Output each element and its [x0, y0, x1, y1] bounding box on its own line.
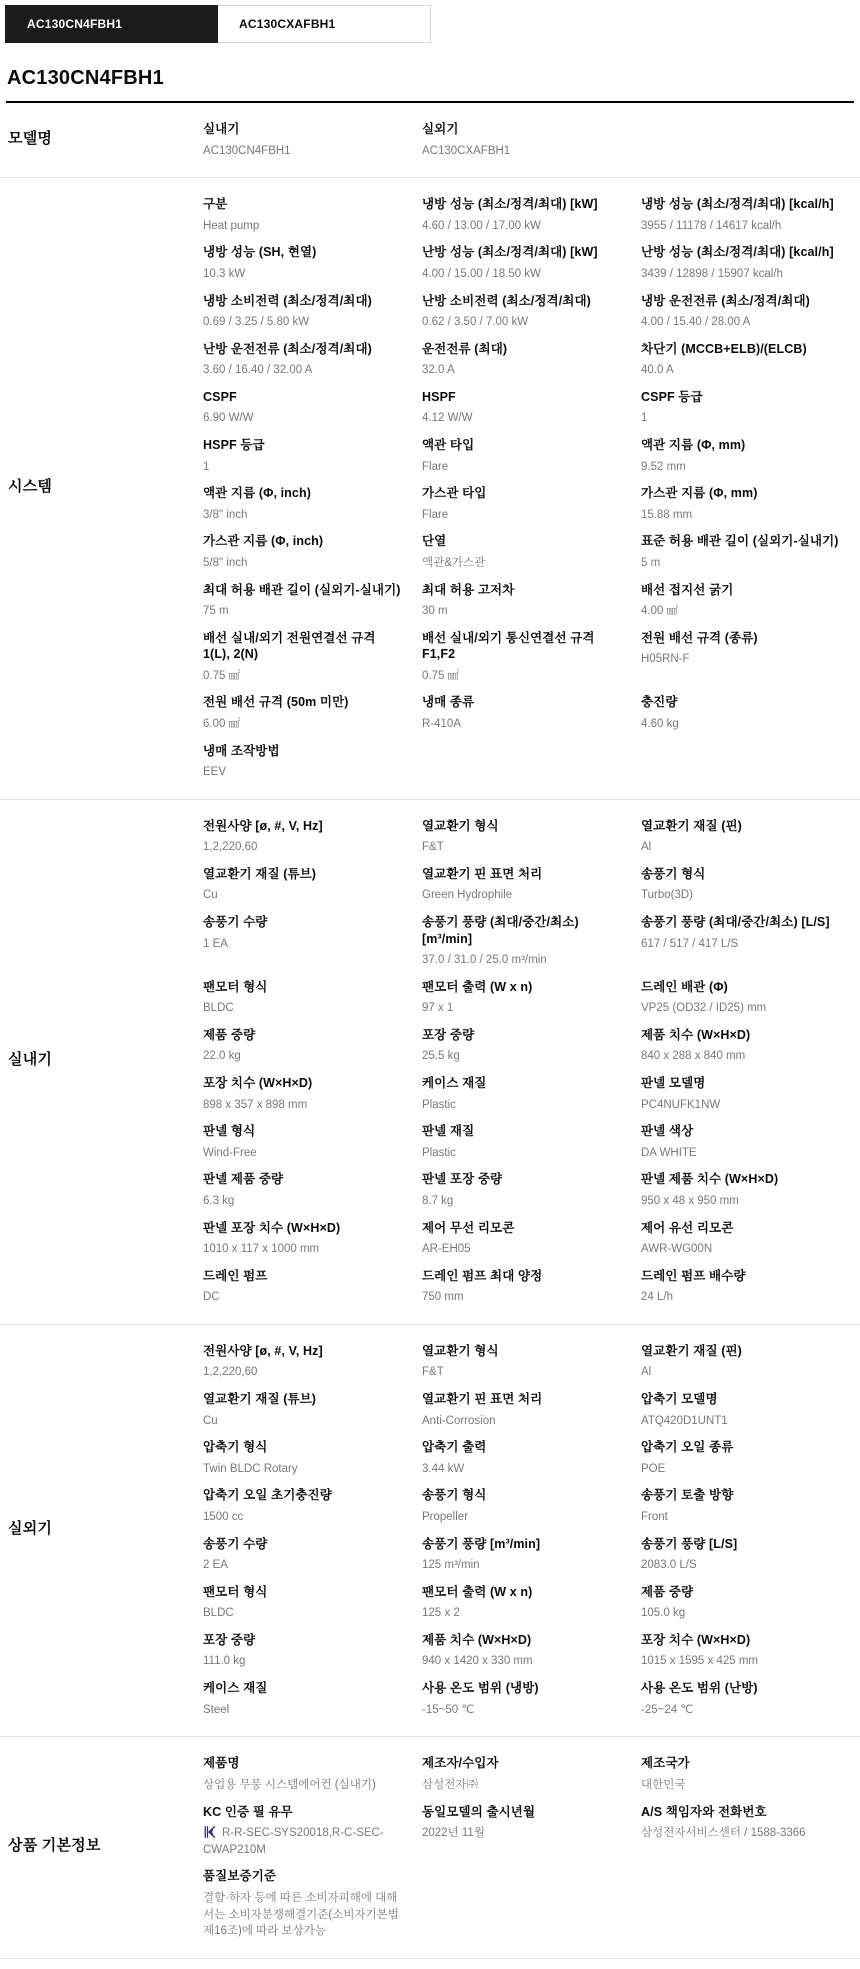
spec-label: 팬모터 출력 (W x n): [422, 1584, 623, 1601]
spec-value: 결함·하자 등에 따른 소비자피해에 대해서는 소비자분쟁해결기준(소비자기본법…: [203, 1890, 404, 1940]
spec-label: 열교환기 형식: [422, 818, 623, 835]
spec-value-text: Al: [641, 1366, 651, 1378]
spec-value-text: Heat pump: [203, 220, 259, 232]
spec-cell: 판넬 포장 치수 (W×H×D)1010 x 117 x 1000 mm: [203, 1212, 422, 1260]
spec-cell: 송풍기 형식Propeller: [422, 1479, 641, 1527]
spec-value: VP25 (OD32 / ID25) mm: [641, 1000, 842, 1017]
spec-cell: 가스관 지름 (Φ, mm)15.88 mm: [641, 477, 860, 525]
spec-label: 판넬 제품 치수 (W×H×D): [641, 1171, 842, 1188]
spec-cell: 제품명상업용 무풍 시스템에어컨 (실내기): [203, 1747, 422, 1795]
spec-label: 배선 실내/외기 전원연결선 규격 1(L), 2(N): [203, 630, 404, 663]
spec-cell: 전원 배선 규격 (종류)H05RN-F: [641, 622, 860, 687]
spec-value-text: DA WHITE: [641, 1147, 697, 1159]
spec-value-text: 대한민국: [641, 1779, 685, 1791]
spec-cell: 차단기 (MCCB+ELB)/(ELCB)40.0 A: [641, 333, 860, 381]
spec-value-text: 1500 cc: [203, 1511, 243, 1523]
spec-value: 15.88 mm: [641, 507, 842, 524]
spec-label: 송풍기 수량: [203, 914, 404, 931]
spec-value-text: 4.12 W/W: [422, 412, 472, 424]
spec-value: Turbo(3D): [641, 887, 842, 904]
spec-value-text: Twin BLDC Rotary: [203, 1463, 298, 1475]
spec-value-text: 2 EA: [203, 1559, 228, 1571]
spec-label: 배선 실내/외기 통신연결선 규격 F1,F2: [422, 630, 623, 663]
spec-label: 팬모터 형식: [203, 979, 404, 996]
spec-value-text: ATQ420D1UNT1: [641, 1415, 728, 1427]
spec-value-text: 898 x 357 x 898 mm: [203, 1099, 307, 1111]
spec-value: 1500 cc: [203, 1509, 404, 1526]
spec-value-text: Flare: [422, 509, 448, 521]
section-title-system: 시스템: [0, 188, 203, 783]
spec-value: 1010 x 117 x 1000 mm: [203, 1241, 404, 1258]
spec-label: 제품 중량: [641, 1584, 842, 1601]
spec-label: 압축기 형식: [203, 1439, 404, 1456]
spec-cell: 제품 치수 (W×H×D)940 x 1420 x 330 mm: [422, 1624, 641, 1672]
spec-value-text: 8.7 kg: [422, 1195, 453, 1207]
spec-value: 24 L/h: [641, 1289, 842, 1306]
spec-cell: 액관 타입Flare: [422, 429, 641, 477]
spec-value: 0.75 ㎟: [422, 668, 623, 685]
spec-value: Wind-Free: [203, 1145, 404, 1162]
spec-value-text: 1010 x 117 x 1000 mm: [203, 1243, 319, 1255]
spec-value-text: F&T: [422, 841, 444, 853]
spec-value: 4.12 W/W: [422, 410, 623, 427]
spec-label: 난방 성능 (최소/정격/최대) [kW]: [422, 244, 623, 261]
spec-label: 냉방 성능 (최소/정격/최대) [kcal/h]: [641, 196, 842, 213]
spec-label: 송풍기 풍량 (최대/중간/최소) [m³/min]: [422, 914, 623, 947]
spec-value: 125 x 2: [422, 1605, 623, 1622]
spec-value-text: F&T: [422, 1366, 444, 1378]
spec-cell: 표준 허용 배관 길이 (실외기-실내기)5 m: [641, 525, 860, 573]
spec-label: 가스관 타입: [422, 485, 623, 502]
spec-value: AC130CN4FBH1: [203, 143, 404, 160]
spec-label: 열교환기 재질 (핀): [641, 1343, 842, 1360]
spec-cell: 냉방 운전전류 (최소/정격/최대)4.00 / 15.40 / 28.00 A: [641, 285, 860, 333]
spec-value-text: H05RN-F: [641, 653, 690, 665]
spec-value: 25.5 kg: [422, 1048, 623, 1065]
spec-label: 열교환기 재질 (튜브): [203, 1391, 404, 1408]
spec-value: BLDC: [203, 1605, 404, 1622]
spec-value: 5/8" inch: [203, 555, 404, 572]
spec-value-text: 950 x 48 x 950 mm: [641, 1195, 739, 1207]
spec-value: 32.0 A: [422, 362, 623, 379]
spec-value: 삼성전자㈜: [422, 1777, 623, 1794]
spec-value: 삼성전자서비스센터 / 1588-3366: [641, 1825, 842, 1842]
section-system: 시스템구분Heat pump냉방 성능 (최소/정격/최대) [kW]4.60 …: [0, 178, 860, 800]
spec-value-text: 0.69 / 3.25 / 5.80 kW: [203, 316, 309, 328]
spec-value: 6.3 kg: [203, 1193, 404, 1210]
spec-value-text: -15~50 ℃: [422, 1704, 474, 1716]
spec-cell: 동일모델의 출시년월2022년 11월: [422, 1796, 641, 1861]
spec-cell: 판넬 제품 치수 (W×H×D)950 x 48 x 950 mm: [641, 1163, 860, 1211]
spec-value: DC: [203, 1289, 404, 1306]
spec-label: 판넬 재질: [422, 1123, 623, 1140]
spec-label: 최대 허용 배관 길이 (실외기-실내기): [203, 582, 404, 599]
spec-value: Flare: [422, 459, 623, 476]
spec-value-text: 940 x 1420 x 330 mm: [422, 1655, 533, 1667]
spec-cell: 냉방 소비전력 (최소/정격/최대)0.69 / 3.25 / 5.80 kW: [203, 285, 422, 333]
spec-cell: 액관 지름 (Φ, inch)3/8" inch: [203, 477, 422, 525]
spec-value: 617 / 517 / 417 L/S: [641, 936, 842, 953]
spec-value-text: 3.60 / 16.40 / 32.00 A: [203, 364, 312, 376]
spec-value-text: Propeller: [422, 1511, 468, 1523]
spec-value: AWR-WG00N: [641, 1241, 842, 1258]
spec-value-text: 삼성전자㈜: [422, 1779, 478, 1791]
spec-value-text: 1 EA: [203, 938, 228, 950]
spec-cell: 드레인 펌프 배수량24 L/h: [641, 1260, 860, 1308]
spec-cell: 제어 유선 리모콘AWR-WG00N: [641, 1212, 860, 1260]
spec-value-text: 125 m³/min: [422, 1559, 480, 1571]
spec-label: 전원사양 [ø, #, V, Hz]: [203, 818, 404, 835]
spec-value: Green Hydrophile: [422, 887, 623, 904]
spec-value: BLDC: [203, 1000, 404, 1017]
spec-cell: 열교환기 재질 (튜브)Cu: [203, 1383, 422, 1431]
spec-value-text: AR-EH05: [422, 1243, 471, 1255]
spec-value: -25~24 ℃: [641, 1702, 842, 1719]
spec-value-text: 750 mm: [422, 1291, 464, 1303]
spec-value: 상업용 무풍 시스템에어컨 (실내기): [203, 1777, 404, 1794]
spec-cell: 송풍기 수량1 EA: [203, 906, 422, 971]
spec-cell: 포장 중량25.5 kg: [422, 1019, 641, 1067]
spec-cell: 케이스 재질Steel: [203, 1672, 422, 1720]
spec-label: 가스관 지름 (Φ, inch): [203, 533, 404, 550]
section-title-outdoor-unit: 실외기: [0, 1335, 203, 1720]
spec-cell: 전원 배선 규격 (50m 미만)6.00 ㎟: [203, 686, 422, 734]
spec-label: 실외기: [422, 121, 623, 138]
spec-value: PC4NUFK1NW: [641, 1097, 842, 1114]
spec-value: 125 m³/min: [422, 1557, 623, 1574]
spec-cell: HSPF4.12 W/W: [422, 381, 641, 429]
spec-value-text: 0.75 ㎟: [203, 670, 240, 682]
spec-label: 포장 중량: [422, 1027, 623, 1044]
spec-label: 제품 치수 (W×H×D): [422, 1632, 623, 1649]
spec-value: Plastic: [422, 1145, 623, 1162]
spec-cell: 사용 온도 범위 (냉방)-15~50 ℃: [422, 1672, 641, 1720]
spec-label: 냉방 성능 (최소/정격/최대) [kW]: [422, 196, 623, 213]
spec-label: 실내기: [203, 121, 404, 138]
spec-label: 팬모터 형식: [203, 1584, 404, 1601]
spec-cell: 냉매 조작방법EEV: [203, 735, 422, 783]
spec-value: 3.60 / 16.40 / 32.00 A: [203, 362, 404, 379]
spec-value: 22.0 kg: [203, 1048, 404, 1065]
spec-value: 1: [641, 410, 842, 427]
spec-label: 드레인 펌프 최대 양정: [422, 1268, 623, 1285]
spec-value-text: Cu: [203, 889, 218, 901]
spec-cell: 판넬 형식Wind-Free: [203, 1115, 422, 1163]
spec-value-text: 4.60 kg: [641, 718, 679, 730]
spec-cell: 냉방 성능 (SH, 현열)10.3 kW: [203, 236, 422, 284]
spec-label: 포장 치수 (W×H×D): [203, 1075, 404, 1092]
spec-cell: 송풍기 풍량 [m³/min]125 m³/min: [422, 1528, 641, 1576]
spec-value-text: 32.0 A: [422, 364, 455, 376]
spec-value: H05RN-F: [641, 651, 842, 668]
spec-value: 105.0 kg: [641, 1605, 842, 1622]
spec-value-text: Turbo(3D): [641, 889, 693, 901]
spec-cell: 운전전류 (최대)32.0 A: [422, 333, 641, 381]
spec-value: 3/8" inch: [203, 507, 404, 524]
spec-value-text: Cu: [203, 1415, 218, 1427]
spec-value-text: Plastic: [422, 1147, 456, 1159]
spec-cell: 포장 치수 (W×H×D)1015 x 1595 x 425 mm: [641, 1624, 860, 1672]
spec-value: 97 x 1: [422, 1000, 623, 1017]
spec-label: 판넬 제품 중량: [203, 1171, 404, 1188]
spec-value-text: 24 L/h: [641, 1291, 673, 1303]
spec-value-text: 111.0 kg: [203, 1655, 245, 1667]
spec-label: 동일모델의 출시년월: [422, 1804, 623, 1821]
spec-label: 압축기 오일 종류: [641, 1439, 842, 1456]
spec-value-text: 액관&가스관: [422, 557, 485, 569]
spec-cell: 난방 성능 (최소/정격/최대) [kcal/h]3439 / 12898 / …: [641, 236, 860, 284]
spec-value: 3955 / 11178 / 14617 kcal/h: [641, 218, 842, 235]
spec-value-text: R-R-SEC-SYS20018,R-C-SEC-CWAP210M: [203, 1827, 384, 1856]
spec-cell: 열교환기 핀 표면 처리Green Hydrophile: [422, 858, 641, 906]
spec-label: 냉방 소비전력 (최소/정격/최대): [203, 293, 404, 310]
spec-cell: 전원사양 [ø, #, V, Hz]1,2,220,60: [203, 810, 422, 858]
spec-cell: 제품 중량105.0 kg: [641, 1576, 860, 1624]
spec-cell: 케이스 재질Plastic: [422, 1067, 641, 1115]
spec-value: 0.69 / 3.25 / 5.80 kW: [203, 314, 404, 331]
spec-cell: 단열액관&가스관: [422, 525, 641, 573]
spec-label: 제조자/수입자: [422, 1755, 623, 1772]
spec-cell: 전원사양 [ø, #, V, Hz]1,2,220,60: [203, 1335, 422, 1383]
spec-label: 팬모터 출력 (W x n): [422, 979, 623, 996]
spec-label: 판넬 모델명: [641, 1075, 842, 1092]
page-title: AC130CN4FBH1: [0, 43, 860, 101]
spec-value: Heat pump: [203, 218, 404, 235]
spec-value-text: 617 / 517 / 417 L/S: [641, 938, 738, 950]
spec-value: Al: [641, 1364, 842, 1381]
spec-label: 송풍기 토출 방향: [641, 1487, 842, 1504]
spec-cell: 제어 무선 리모콘AR-EH05: [422, 1212, 641, 1260]
spec-cell: 액관 지름 (Φ, mm)9.52 mm: [641, 429, 860, 477]
spec-value: 액관&가스관: [422, 555, 623, 572]
spec-value: 4.00 ㎟: [641, 603, 842, 620]
spec-label: 송풍기 풍량 (최대/중간/최소) [L/S]: [641, 914, 842, 931]
spec-value-text: 2022년 11월: [422, 1827, 485, 1839]
spec-cell: 난방 운전전류 (최소/정격/최대)3.60 / 16.40 / 32.00 A: [203, 333, 422, 381]
spec-value-text: 1,2,220,60: [203, 1366, 257, 1378]
section-outdoor-unit: 실외기전원사양 [ø, #, V, Hz]1,2,220,60열교환기 형식F&…: [0, 1325, 860, 1737]
spec-label: 제조국가: [641, 1755, 842, 1772]
spec-label: 구분: [203, 196, 404, 213]
section-grid-product-basic-info: 제품명상업용 무풍 시스템에어컨 (실내기)제조자/수입자삼성전자㈜제조국가대한…: [203, 1747, 860, 1942]
spec-label: 난방 운전전류 (최소/정격/최대): [203, 341, 404, 358]
spec-value-text: 4.00 ㎟: [641, 605, 678, 617]
spec-label: 판넬 포장 치수 (W×H×D): [203, 1220, 404, 1237]
spec-cell: 드레인 펌프DC: [203, 1260, 422, 1308]
spec-value-text: 2083.0 L/S: [641, 1559, 697, 1571]
spec-cell: 판넬 제품 중량6.3 kg: [203, 1163, 422, 1211]
spec-label: 케이스 재질: [422, 1075, 623, 1092]
spec-cell: 판넬 색상DA WHITE: [641, 1115, 860, 1163]
spec-label: CSPF 등급: [641, 389, 842, 406]
spec-value: Cu: [203, 1413, 404, 1430]
spec-value-text: DC: [203, 1291, 220, 1303]
spec-cell: 최대 허용 고저차30 m: [422, 574, 641, 622]
spec-cell: 가스관 타입Flare: [422, 477, 641, 525]
spec-value-text: 40.0 A: [641, 364, 674, 376]
spec-value-text: 75 m: [203, 605, 229, 617]
section-title-product-basic-info: 상품 기본정보: [0, 1747, 203, 1942]
spec-label: 난방 소비전력 (최소/정격/최대): [422, 293, 623, 310]
spec-cell: 난방 소비전력 (최소/정격/최대)0.62 / 3.50 / 7.00 kW: [422, 285, 641, 333]
spec-cell: 포장 중량111.0 kg: [203, 1624, 422, 1672]
spec-label: 차단기 (MCCB+ELB)/(ELCB): [641, 341, 842, 358]
spec-label: 드레인 배관 (Φ): [641, 979, 842, 996]
spec-value: 5 m: [641, 555, 842, 572]
spec-label: CSPF: [203, 389, 404, 406]
spec-value: Front: [641, 1509, 842, 1526]
spec-value: 950 x 48 x 950 mm: [641, 1193, 842, 1210]
spec-cell: 구분Heat pump: [203, 188, 422, 236]
spec-value: 2 EA: [203, 1557, 404, 1574]
spec-value: 840 x 288 x 840 mm: [641, 1048, 842, 1065]
spec-label: 액관 지름 (Φ, inch): [203, 485, 404, 502]
spec-value: 40.0 A: [641, 362, 842, 379]
spec-label: 판넬 색상: [641, 1123, 842, 1140]
spec-cell: 제품 치수 (W×H×D)840 x 288 x 840 mm: [641, 1019, 860, 1067]
spec-value-text: 0.62 / 3.50 / 7.00 kW: [422, 316, 528, 328]
spec-cell: 제조국가대한민국: [641, 1747, 860, 1795]
spec-label: 판넬 형식: [203, 1123, 404, 1140]
tab-model-2[interactable]: AC130CXAFBH1: [218, 5, 431, 43]
spec-cell: HSPF 등급1: [203, 429, 422, 477]
spec-label: 가스관 지름 (Φ, mm): [641, 485, 842, 502]
spec-value-text: 105.0 kg: [641, 1607, 685, 1619]
spec-label: 압축기 모델명: [641, 1391, 842, 1408]
spec-label: 표준 허용 배관 길이 (실외기-실내기): [641, 533, 842, 550]
spec-value-text: Anti-Corrosion: [422, 1415, 496, 1427]
spec-value-text: 4.00 / 15.40 / 28.00 A: [641, 316, 750, 328]
spec-cell: 열교환기 형식F&T: [422, 1335, 641, 1383]
spec-cell: 압축기 모델명ATQ420D1UNT1: [641, 1383, 860, 1431]
spec-cell: 팬모터 형식BLDC: [203, 971, 422, 1019]
spec-value: 1: [203, 459, 404, 476]
spec-value-text: Green Hydrophile: [422, 889, 512, 901]
spec-cell: 송풍기 수량2 EA: [203, 1528, 422, 1576]
spec-value-text: BLDC: [203, 1607, 234, 1619]
spec-cell: 드레인 배관 (Φ)VP25 (OD32 / ID25) mm: [641, 971, 860, 1019]
spec-value-text: 1015 x 1595 x 425 mm: [641, 1655, 758, 1667]
spec-value-text: 상업용 무풍 시스템에어컨 (실내기): [203, 1779, 376, 1791]
spec-cell: 냉방 성능 (최소/정격/최대) [kcal/h]3955 / 11178 / …: [641, 188, 860, 236]
spec-label: 품질보증기준: [203, 1868, 404, 1885]
spec-label: 최대 허용 고저차: [422, 582, 623, 599]
spec-cell: 드레인 펌프 최대 양정750 mm: [422, 1260, 641, 1308]
spec-value-text: 25.5 kg: [422, 1050, 460, 1062]
spec-value-text: 9.52 mm: [641, 461, 686, 473]
spec-value-text: Plastic: [422, 1099, 456, 1111]
spec-value: F&T: [422, 1364, 623, 1381]
spec-cell: 포장 치수 (W×H×D)898 x 357 x 898 mm: [203, 1067, 422, 1115]
spec-label: A/S 책임자와 전화번호: [641, 1804, 842, 1821]
spec-table: 모델명실내기AC130CN4FBH1실외기AC130CXAFBH1시스템구분He…: [0, 103, 860, 1969]
spec-value-text: 4.00 / 15.00 / 18.50 kW: [422, 268, 541, 280]
spec-label: KC 인증 필 유무: [203, 1804, 404, 1821]
spec-value: 1 EA: [203, 936, 404, 953]
spec-label: 송풍기 수량: [203, 1536, 404, 1553]
spec-value: 8.7 kg: [422, 1193, 623, 1210]
spec-value-text: AWR-WG00N: [641, 1243, 712, 1255]
spec-cell: 가스관 지름 (Φ, inch)5/8" inch: [203, 525, 422, 573]
spec-label: 전원 배선 규격 (50m 미만): [203, 694, 404, 711]
spec-value-text: Flare: [422, 461, 448, 473]
spec-value-text: VP25 (OD32 / ID25) mm: [641, 1002, 766, 1014]
spec-cell: KC 인증 필 유무 R-R-SEC-SYS20018,R-C-SEC-CWAP…: [203, 1796, 422, 1861]
spec-value-text: 3439 / 12898 / 15907 kcal/h: [641, 268, 783, 280]
spec-label: 송풍기 형식: [422, 1487, 623, 1504]
spec-value: 0.75 ㎟: [203, 668, 404, 685]
spec-value: POE: [641, 1461, 842, 1478]
spec-value: 3439 / 12898 / 15907 kcal/h: [641, 266, 842, 283]
spec-value: F&T: [422, 839, 623, 856]
spec-cell: 배선 접지선 굵기4.00 ㎟: [641, 574, 860, 622]
spec-value: AR-EH05: [422, 1241, 623, 1258]
spec-value: 4.60 / 13.00 / 17.00 kW: [422, 218, 623, 235]
spec-cell: A/S 책임자와 전화번호삼성전자서비스센터 / 1588-3366: [641, 1796, 860, 1861]
spec-cell: 품질보증기준결함·하자 등에 따른 소비자피해에 대해서는 소비자분쟁해결기준(…: [203, 1860, 422, 1942]
spec-cell: 냉매 종류R-410A: [422, 686, 641, 734]
spec-label: 포장 중량: [203, 1632, 404, 1649]
spec-value: Plastic: [422, 1097, 623, 1114]
spec-cell: 충진량4.60 kg: [641, 686, 860, 734]
model-tabs: AC130CN4FBH1AC130CXAFBH1: [0, 0, 860, 43]
spec-cell: CSPF 등급1: [641, 381, 860, 429]
section-grid-system: 구분Heat pump냉방 성능 (최소/정격/최대) [kW]4.60 / 1…: [203, 188, 860, 783]
spec-value: 2022년 11월: [422, 1825, 623, 1842]
spec-cell: 압축기 출력3.44 kW: [422, 1431, 641, 1479]
spec-value-text: 결함·하자 등에 따른 소비자피해에 대해서는 소비자분쟁해결기준(소비자기본법…: [203, 1892, 399, 1937]
spec-label: 사용 온도 범위 (난방): [641, 1680, 842, 1697]
spec-value: 0.62 / 3.50 / 7.00 kW: [422, 314, 623, 331]
spec-label: HSPF 등급: [203, 437, 404, 454]
spec-value-text: 0.75 ㎟: [422, 670, 459, 682]
spec-cell: 제조자/수입자삼성전자㈜: [422, 1747, 641, 1795]
spec-value: 898 x 357 x 898 mm: [203, 1097, 404, 1114]
spec-value-text: 97 x 1: [422, 1002, 453, 1014]
spec-label: 열교환기 재질 (튜브): [203, 866, 404, 883]
spec-value: Steel: [203, 1702, 404, 1719]
spec-value-text: EEV: [203, 766, 226, 778]
spec-value: 1015 x 1595 x 425 mm: [641, 1653, 842, 1670]
spec-value: ATQ420D1UNT1: [641, 1413, 842, 1430]
section-model-name: 모델명실내기AC130CN4FBH1실외기AC130CXAFBH1: [0, 103, 860, 178]
spec-value-text: AC130CN4FBH1: [203, 145, 291, 157]
spec-label: 냉매 종류: [422, 694, 623, 711]
spec-value-text: 1: [641, 412, 647, 424]
tab-model-1[interactable]: AC130CN4FBH1: [5, 5, 218, 43]
kc-certification-icon: [203, 1825, 217, 1839]
spec-value: EEV: [203, 764, 404, 781]
spec-cell: 제품 중량22.0 kg: [203, 1019, 422, 1067]
spec-value: DA WHITE: [641, 1145, 842, 1162]
spec-label: 드레인 펌프: [203, 1268, 404, 1285]
spec-label: 배선 접지선 굵기: [641, 582, 842, 599]
spec-label: 사용 온도 범위 (냉방): [422, 1680, 623, 1697]
spec-cell: 사용 온도 범위 (난방)-25~24 ℃: [641, 1672, 860, 1720]
spec-value-text: R-410A: [422, 718, 461, 730]
spec-cell: 판넬 포장 중량8.7 kg: [422, 1163, 641, 1211]
spec-label: 액관 지름 (Φ, mm): [641, 437, 842, 454]
section-grid-outdoor-unit: 전원사양 [ø, #, V, Hz]1,2,220,60열교환기 형식F&T열교…: [203, 1335, 860, 1720]
spec-value-text: POE: [641, 1463, 665, 1475]
spec-value: 37.0 / 31.0 / 25.0 m³/min: [422, 952, 623, 969]
spec-value-text: 삼성전자서비스센터 / 1588-3366: [641, 1827, 806, 1839]
spec-label: 열교환기 핀 표면 처리: [422, 866, 623, 883]
spec-cell: 열교환기 핀 표면 처리Anti-Corrosion: [422, 1383, 641, 1431]
spec-value-text: 10.3 kW: [203, 268, 245, 280]
spec-value: 6.00 ㎟: [203, 716, 404, 733]
spec-label: 송풍기 형식: [641, 866, 842, 883]
